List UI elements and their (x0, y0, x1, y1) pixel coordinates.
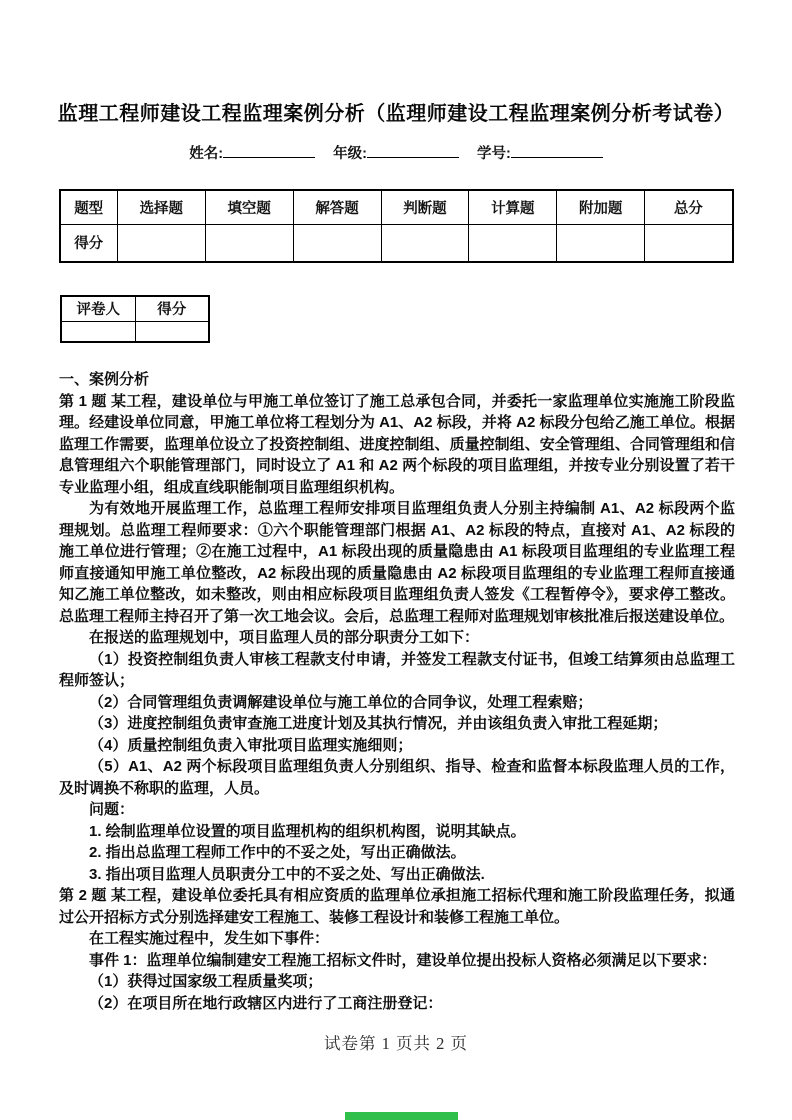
event-1: 事件 1：监理单位编制建安工程施工招标文件时，建设单位提出投标人资格必须满足以下… (59, 950, 735, 972)
duty-4: （4）质量控制组负责入审批项目监理实施细则； (59, 735, 735, 757)
requirement-1: （1）获得过国家级工程质量奖项； (59, 971, 735, 993)
score-cell-choice (117, 224, 205, 262)
score-header-choice: 选择题 (117, 190, 205, 224)
duty-intro: 在报送的监理规划中，项目监理人员的部分职责分工如下： (59, 627, 735, 649)
score-cell-total (645, 224, 733, 262)
reviewer-score-header-label: 得分 (135, 296, 209, 321)
score-cell-extra (557, 224, 645, 262)
score-header-answer: 解答题 (293, 190, 381, 224)
score-header-type: 题型 (60, 190, 118, 224)
sub-question-3: 3. 指出项目监理人员职责分工中的不妥之处、写出正确做法. (59, 864, 735, 886)
section-heading: 一、案例分析 (59, 369, 735, 391)
score-cell-calc (469, 224, 557, 262)
score-cell-fill (205, 224, 293, 262)
duty-3: （3）进度控制组负责审查施工进度计划及其执行情况，并由该组负责入审批工程延期； (59, 713, 735, 735)
questions-label: 问题： (59, 799, 735, 821)
bottom-green-bar (345, 1112, 458, 1120)
question-1-intro: 第 1 题 某工程，建设单位与甲施工单位签订了施工总承包合同，并委托一家监理单位… (59, 391, 735, 499)
score-cell-answer (293, 224, 381, 262)
exam-paper-page: 监理工程师建设工程监理案例分析（监理师建设工程监理案例分析考试卷） 姓名: 年级… (0, 0, 792, 1120)
score-header-calc: 计算题 (469, 190, 557, 224)
student-id-blank-line (511, 144, 603, 158)
duty-5: （5）A1、A2 两个标段项目监理组负责人分别组织、指导、检查和监督本标段监理人… (59, 756, 735, 799)
sub-question-2: 2. 指出总监理工程师工作中的不妥之处，写出正确做法。 (59, 842, 735, 864)
question-1-detail: 为有效地开展监理工作，总监理工程师安排项目监理组负责人分别主持编制 A1、A2 … (59, 498, 735, 627)
duty-2: （2）合同管理组负责调解建设单位与施工单位的合同争议，处理工程索赔； (59, 692, 735, 714)
event-intro: 在工程实施过程中，发生如下事件： (59, 928, 735, 950)
student-info-line: 姓名: 年级: 学号: (0, 142, 792, 163)
grade-blank-line (367, 144, 459, 158)
body-text: 一、案例分析第 1 题 某工程，建设单位与甲施工单位签订了施工总承包合同，并委托… (59, 369, 735, 1014)
student-id-label: 学号: (477, 146, 511, 162)
reviewer-cell (61, 321, 135, 342)
reviewer-table: 评卷人 得分 (60, 295, 210, 343)
score-header-judge: 判断题 (381, 190, 469, 224)
reviewer-header-label: 评卷人 (61, 296, 135, 321)
page-title: 监理工程师建设工程监理案例分析（监理师建设工程监理案例分析考试卷） (0, 0, 792, 126)
score-cell-judge (381, 224, 469, 262)
grade-field: 年级: (333, 146, 459, 162)
name-blank-line (223, 144, 315, 158)
reviewer-score-cell (135, 321, 209, 342)
page-footer: 试卷第 1 页共 2 页 (0, 1030, 792, 1054)
sub-question-1: 1. 绘制监理单位设置的项目监理机构的组织机构图，说明其缺点。 (59, 821, 735, 843)
score-summary-table: 题型 选择题 填空题 解答题 判断题 计算题 附加题 总分 得分 (59, 189, 734, 263)
reviewer-table-header-row: 评卷人 得分 (61, 296, 209, 321)
grade-label: 年级: (333, 146, 367, 162)
score-header-extra: 附加题 (557, 190, 645, 224)
score-row-label: 得分 (60, 224, 118, 262)
duty-1: （1）投资控制组负责人审核工程款支付申请，并签发工程款支付证书，但竣工结算须由总… (59, 649, 735, 692)
score-header-fill: 填空题 (205, 190, 293, 224)
question-2-intro: 第 2 题 某工程，建设单位委托具有相应资质的监理单位承担施工招标代理和施工阶段… (59, 885, 735, 928)
score-table-header-row: 题型 选择题 填空题 解答题 判断题 计算题 附加题 总分 (60, 190, 733, 224)
reviewer-table-value-row (61, 321, 209, 342)
student-id-field: 学号: (477, 146, 603, 162)
requirement-2: （2）在项目所在地行政辖区内进行了工商注册登记： (59, 993, 735, 1015)
score-table-value-row: 得分 (60, 224, 733, 262)
score-header-total: 总分 (645, 190, 733, 224)
name-label: 姓名: (189, 146, 223, 162)
name-field: 姓名: (189, 146, 315, 162)
